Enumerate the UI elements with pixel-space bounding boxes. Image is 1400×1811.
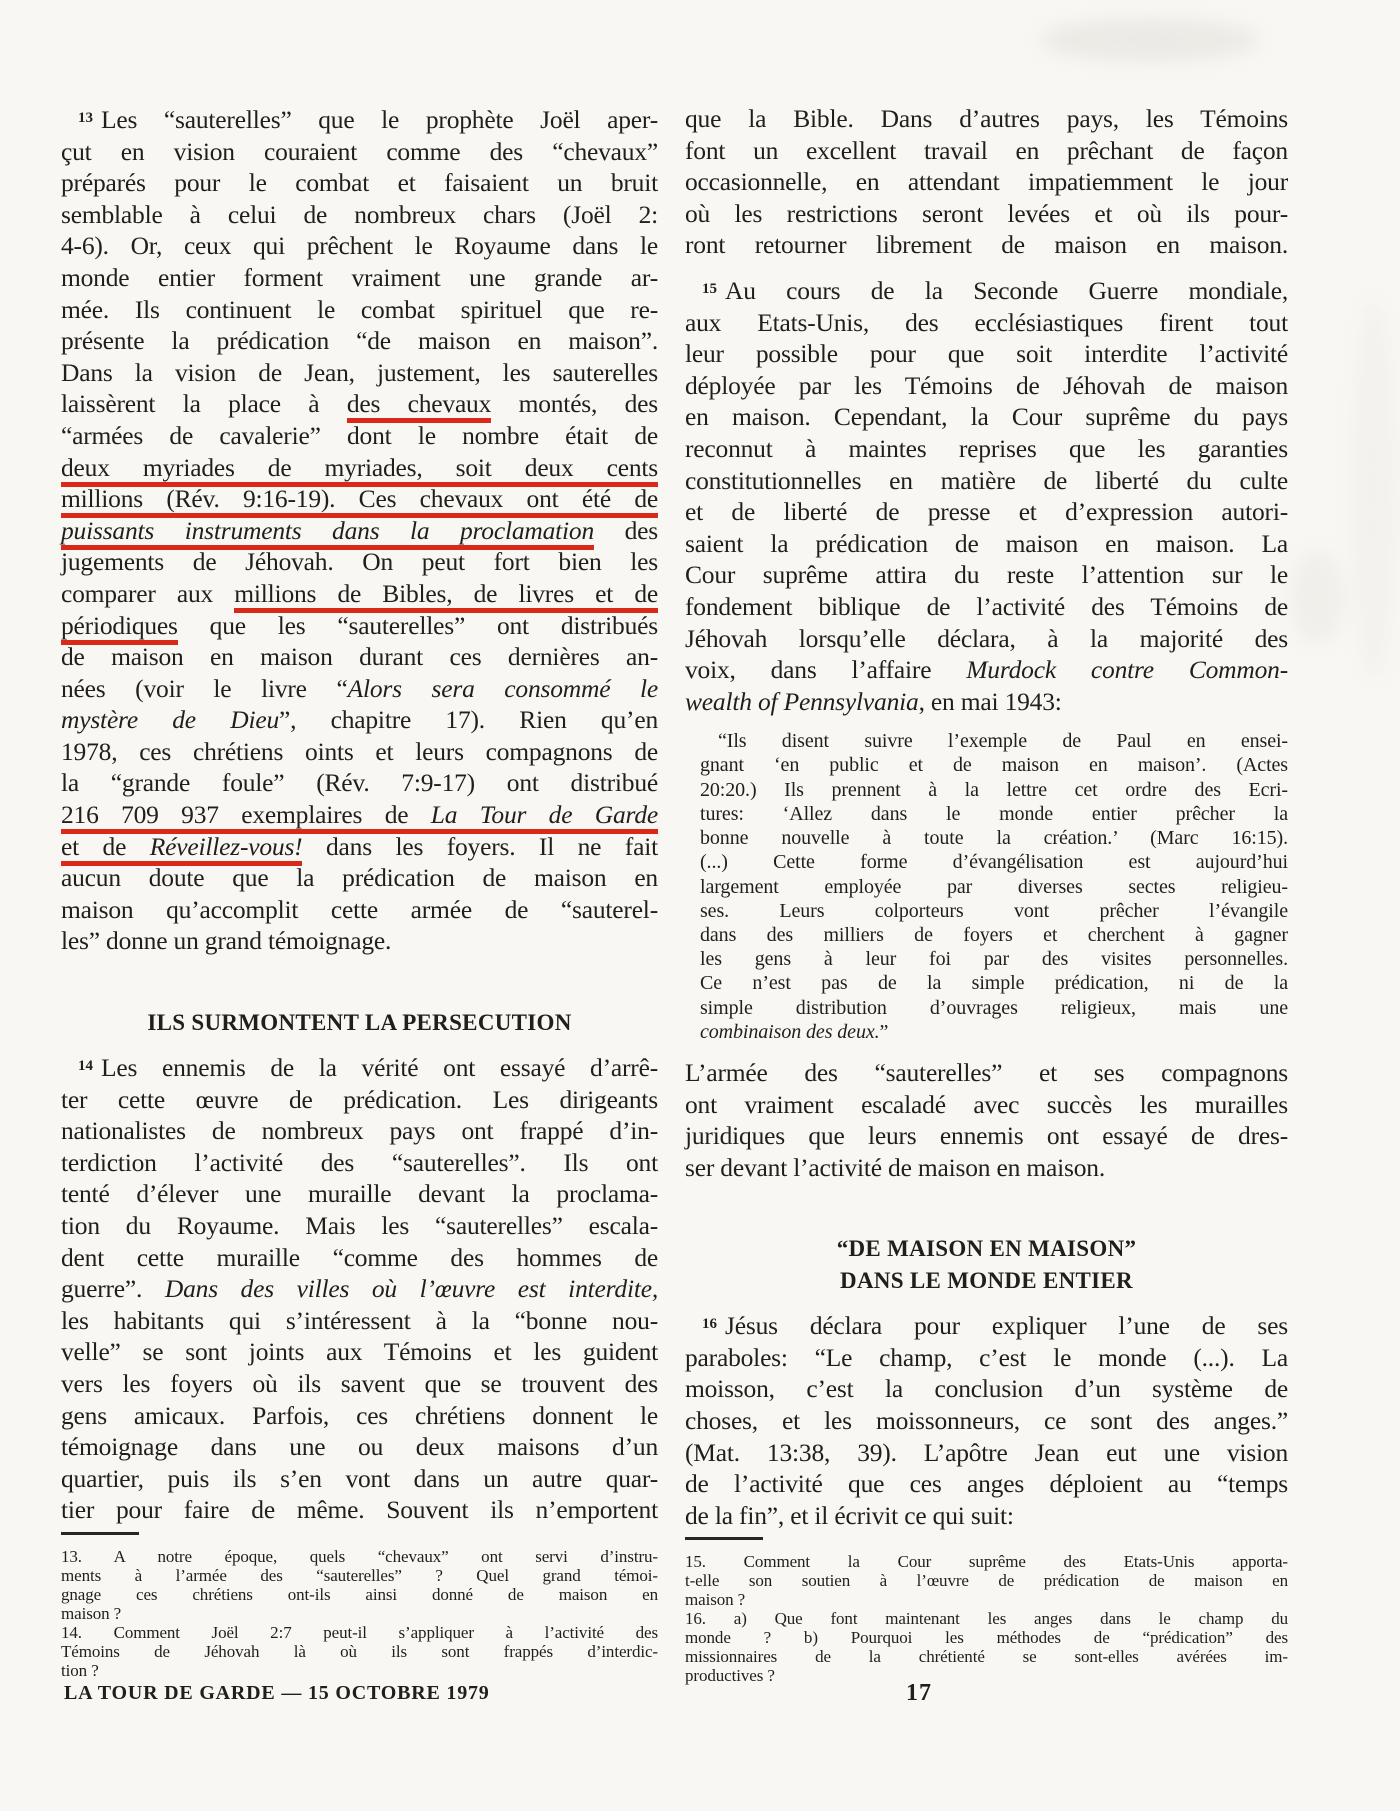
text-segment: constitutionnelles en matière de liberté… (685, 466, 1288, 495)
section-heading: ILS SURMONTENT LA PERSECUTION (61, 1007, 658, 1039)
text-segment: “armées de cavalerie” dont le nombre éta… (61, 421, 658, 450)
text-segment: nationalistes de nombreux pays ont frapp… (61, 1116, 658, 1145)
text-line: gens amicaux. Parfois, ces chrétiens don… (61, 1400, 658, 1432)
text-segment: maison qu’accomplit cette armée de “saut… (61, 895, 658, 924)
text-segment: wealth of Pennsylvania (685, 687, 919, 716)
red-underlined-text: millions de Bibles, de livres et de (234, 579, 658, 613)
text-line: gnage ces chrétiens ont-ils ainsi donné … (61, 1585, 658, 1604)
text-line: les” donne un grand témoignage. (61, 925, 658, 957)
text-line: 216 709 937 exemplaires de La Tour de Ga… (61, 799, 658, 831)
text-segment: dent cette muraille “comme des hommes de (61, 1243, 658, 1272)
text-line: tier pour faire de même. Souvent ils n’e… (61, 1494, 658, 1526)
text-line: (...) Cette forme d’évangélisation est a… (700, 850, 1288, 874)
section-heading: “DE MAISON EN MAISON”DANS LE MONDE ENTIE… (685, 1233, 1288, 1297)
paragraph: 14Les ennemis de la vérité ont essayé d’… (61, 1051, 658, 1526)
text-line: choses, et les moissonneurs, ce sont des… (685, 1405, 1288, 1437)
text-line: ont vraiment escaladé avec succès les mu… (685, 1089, 1288, 1121)
text-line: semblable à celui de nombreux chars (Joë… (61, 199, 658, 231)
text-segment: semblable à celui de nombreux chars (Joë… (61, 200, 658, 229)
text-segment: témoignage dans une ou deux maisons d’un (61, 1432, 658, 1461)
text-line: préparés pour le combat et faisaient un … (61, 167, 658, 199)
text-segment: 14. Comment Joël 2:7 peut-il s’appliquer… (61, 1623, 658, 1642)
text-line: aucun doute que la prédication de maison… (61, 862, 658, 894)
text-line: maison qu’accomplit cette armée de “saut… (61, 894, 658, 926)
red-underlined-text: périodiques (61, 611, 178, 645)
text-segment: tures: ‘Allez dans le monde entier prêch… (700, 803, 1288, 825)
heading-line: “DE MAISON EN MAISON” (685, 1233, 1288, 1265)
text-segment: (...) Cette forme d’évangélisation est a… (700, 851, 1288, 873)
text-line: t-elle son soutien à l’œuvre de prédicat… (685, 1571, 1288, 1590)
footnote-divider (685, 1537, 763, 1540)
text-line: ter cette œuvre de prédication. Les diri… (61, 1084, 658, 1116)
red-underlined-text: La Tour de Garde (431, 800, 658, 834)
text-segment: Ce n’est pas de la simple prédication, n… (700, 972, 1288, 994)
paragraph-number: 15 (702, 281, 717, 297)
text-segment: fondement biblique de l’activité des Tém… (685, 592, 1288, 621)
paragraph: que la Bible. Dans d’autres pays, les Té… (685, 103, 1288, 261)
text-segment: terdiction l’activité des “sauterelles”.… (61, 1148, 658, 1177)
text-line: dans des milliers de foyers et cherchent… (700, 923, 1288, 947)
text-line: déployée par les Témoins de Jéhovah de m… (685, 370, 1288, 402)
text-segment: où les restrictions seront levées et où … (685, 199, 1288, 228)
text-line: missionnaires de la chrétienté se sont-e… (685, 1647, 1288, 1666)
page-footer-title: LA TOUR DE GARDE — 15 OCTOBRE 1979 (64, 1682, 490, 1705)
text-segment: missionnaires de la chrétienté se sont-e… (685, 1647, 1288, 1666)
paragraph: 16Jésus déclara pour expliquer l’une de … (685, 1309, 1288, 1531)
text-segment: gnant ‘en public et de maison en maison’… (700, 754, 1288, 776)
text-segment: tier pour faire de même. Souvent ils n’e… (61, 1495, 658, 1524)
text-line: nationalistes de nombreux pays ont frapp… (61, 1115, 658, 1147)
text-line: 20:20.) Ils prennent à la lettre cet ord… (700, 778, 1288, 802)
text-segment: tion ? (61, 1661, 99, 1680)
text-segment: montés, des (491, 389, 658, 418)
text-line: les gens à leur foi par des visites pers… (700, 947, 1288, 971)
text-line: L’armée des “sauterelles” et ses compagn… (685, 1057, 1288, 1089)
text-segment: 20:20.) Ils prennent à la lettre cet ord… (700, 779, 1288, 801)
text-segment: occasionnelle, en attendant impatiemment… (685, 167, 1288, 196)
scan-smudge (1040, 18, 1260, 62)
footnote: 13. A notre époque, quels “chevaux” ont … (61, 1547, 658, 1623)
paragraph: 13Les “sauterelles” que le prophète Joël… (61, 103, 658, 957)
text-line: nées (voir le livre “Alors sera consommé… (61, 673, 658, 705)
text-segment: préparés pour le combat et faisaient un … (61, 168, 658, 197)
text-segment: 16. a) Que font maintenant les anges dan… (685, 1609, 1288, 1628)
red-underlined-text: des chevaux (347, 389, 491, 423)
text-segment: tion du Royaume. Mais les “sauterelles” … (61, 1211, 658, 1240)
text-segment: que la Bible. Dans d’autres pays, les Té… (685, 104, 1288, 133)
text-line: tion ? (61, 1661, 658, 1680)
text-segment: reconnut à maintes reprises que les gara… (685, 434, 1288, 463)
text-line: simple distribution d’ouvrages religieux… (700, 996, 1288, 1020)
text-segment: Dans des villes où l’œuvre est interdite… (165, 1274, 658, 1303)
text-segment: “Ils disent suivre l’exemple de Paul en … (718, 730, 1288, 752)
text-line: guerre”. Dans des villes où l’œuvre est … (61, 1273, 658, 1305)
text-line: paraboles: “Le champ, c’est le monde (..… (685, 1342, 1288, 1374)
text-line: Dans la vision de Jean, justement, les s… (61, 357, 658, 389)
text-segment: çut en vision couraient comme des “cheva… (61, 137, 658, 166)
text-segment: font un excellent travail en prêchant de… (685, 136, 1288, 165)
paragraph-number: 14 (78, 1058, 93, 1074)
text-line: ser devant l’activité de maison en maiso… (685, 1152, 1288, 1184)
text-line: monde entier forment vraiment une grande… (61, 262, 658, 294)
text-line: Jéhovah lorsqu’elle déclara, à la majori… (685, 623, 1288, 655)
text-line: de l’activité que ces anges déploient au… (685, 1468, 1288, 1500)
text-segment: leur possible pour que soit interdite l’… (685, 339, 1288, 368)
magazine-page: 13Les “sauterelles” que le prophète Joël… (0, 0, 1400, 1811)
paragraph: L’armée des “sauterelles” et ses compagn… (685, 1057, 1288, 1183)
text-segment: velle” se sont joints aux Témoins et les… (61, 1337, 658, 1366)
text-segment: combinaison des deux. (700, 1021, 880, 1043)
text-segment: largement employée par diverses sectes r… (700, 876, 1288, 898)
text-line: de maison en maison durant ces dernières… (61, 641, 658, 673)
text-line: 15. Comment la Cour suprême des Etats-Un… (685, 1552, 1288, 1571)
quotation-block: “Ils disent suivre l’exemple de Paul en … (685, 729, 1288, 1044)
text-segment: dans les foyers. Il ne fait (302, 832, 658, 861)
text-segment: nées (voir le livre “ (61, 674, 348, 703)
text-line: comparer aux millions de Bibles, de livr… (61, 578, 658, 610)
text-line: tenté d’élever une muraille devant la pr… (61, 1178, 658, 1210)
text-segment: gens amicaux. Parfois, ces chrétiens don… (61, 1401, 658, 1430)
text-line: quartier, puis ils s’en vont dans un aut… (61, 1463, 658, 1495)
text-line: vers les foyers où ils savent que se tro… (61, 1368, 658, 1400)
text-segment: maison ? (61, 1604, 121, 1623)
scan-smudge (1352, 300, 1396, 680)
text-line: saient la prédication de maison en maiso… (685, 528, 1288, 560)
text-line: font un excellent travail en prêchant de… (685, 135, 1288, 167)
text-segment: Cour suprême attira du reste l’attention… (685, 560, 1288, 589)
text-line: terdiction l’activité des “sauterelles”.… (61, 1147, 658, 1179)
text-line: mée. Ils continuent le combat spirituel … (61, 294, 658, 326)
footnote: 15. Comment la Cour suprême des Etats-Un… (685, 1552, 1288, 1609)
red-underlined-text: deux myriades de myriades, soit deux cen… (61, 453, 658, 487)
text-segment: les” donne un grand témoignage. (61, 926, 391, 955)
text-line: témoignage dans une ou deux maisons d’un (61, 1431, 658, 1463)
text-line: wealth of Pennsylvania, en mai 1943: (685, 686, 1288, 718)
text-line: juridiques que leurs ennemis ont essayé … (685, 1120, 1288, 1152)
text-segment: ront retourner librement de maison en ma… (685, 230, 1288, 259)
text-line: et de liberté de presse et d’expression … (685, 496, 1288, 528)
text-segment: Témoins de Jéhovah là où ils sont frappé… (61, 1642, 658, 1661)
text-segment: comparer aux (61, 579, 234, 608)
text-line: tures: ‘Allez dans le monde entier prêch… (700, 802, 1288, 826)
text-segment: 13. A notre époque, quels “chevaux” ont … (61, 1547, 658, 1566)
text-segment: déployée par les Témoins de Jéhovah de m… (685, 371, 1288, 400)
text-line: gnant ‘en public et de maison en maison’… (700, 753, 1288, 777)
column-left: 13Les “sauterelles” que le prophète Joël… (61, 103, 658, 1680)
text-segment: ter cette œuvre de prédication. Les diri… (61, 1085, 658, 1114)
text-line: tion du Royaume. Mais les “sauterelles” … (61, 1210, 658, 1242)
text-segment: (Mat. 13:38, 39). L’apôtre Jean eut une … (685, 1438, 1288, 1467)
text-line: “armées de cavalerie” dont le nombre éta… (61, 420, 658, 452)
text-segment: moisson, c’est la conclusion d’un systèm… (685, 1374, 1288, 1403)
text-line: maison ? (685, 1590, 1288, 1609)
column-right: que la Bible. Dans d’autres pays, les Té… (685, 103, 1288, 1685)
text-line: millions (Rév. 9:16-19). Ces chevaux ont… (61, 483, 658, 515)
text-segment: Jéhovah lorsqu’elle déclara, à la majori… (685, 624, 1288, 653)
text-line: 13. A notre époque, quels “chevaux” ont … (61, 1547, 658, 1566)
text-line: monde ? b) Pourquoi les méthodes de “pré… (685, 1628, 1288, 1647)
text-line: occasionnelle, en attendant impatiemment… (685, 166, 1288, 198)
text-segment: les habitants qui s’intéressent à la “bo… (61, 1306, 658, 1335)
text-segment: de la fin”, et il écrivit ce qui suit: (685, 1501, 1014, 1530)
text-line: aux Etats-Unis, des ecclésiastiques fire… (685, 307, 1288, 339)
text-line: laissèrent la place à des chevaux montés… (61, 388, 658, 420)
text-segment: simple distribution d’ouvrages religieux… (700, 997, 1288, 1019)
text-segment: les gens à leur foi par des visites pers… (700, 948, 1288, 970)
text-line: deux myriades de myriades, soit deux cen… (61, 452, 658, 484)
text-segment: la “grande foule” (Rév. 7:9-17) ont dist… (61, 768, 658, 797)
text-line: 13Les “sauterelles” que le prophète Joël… (61, 103, 658, 136)
text-line: en maison. Cependant, la Cour suprême du… (685, 401, 1288, 433)
red-underlined-text: Réveillez-vous! (150, 832, 303, 866)
text-line: 14Les ennemis de la vérité ont essayé d’… (61, 1051, 658, 1084)
text-segment: vers les foyers où ils savent que se tro… (61, 1369, 658, 1398)
text-segment: t-elle son soutien à l’œuvre de prédicat… (685, 1571, 1288, 1590)
text-line: Ce n’est pas de la simple prédication, n… (700, 971, 1288, 995)
text-segment: Les “sauterelles” que le prophète Joël a… (101, 105, 658, 134)
text-segment: quartier, puis ils s’en vont dans un aut… (61, 1464, 658, 1493)
heading-line: ILS SURMONTENT LA PERSECUTION (61, 1007, 658, 1039)
text-line: fondement biblique de l’activité des Tém… (685, 591, 1288, 623)
red-underlined-text: puissants instruments dans la proclamati… (61, 516, 594, 550)
text-segment: Dans la vision de Jean, justement, les s… (61, 358, 658, 387)
red-underlined-text: et de (61, 832, 150, 866)
text-segment: saient la prédication de maison en maiso… (685, 529, 1288, 558)
text-line: les habitants qui s’intéressent à la “bo… (61, 1305, 658, 1337)
text-line: 16Jésus déclara pour expliquer l’une de … (685, 1309, 1288, 1342)
text-line: productives ? (685, 1666, 1288, 1685)
text-segment: monde ? b) Pourquoi les méthodes de “pré… (685, 1628, 1288, 1647)
text-segment: ser devant l’activité de maison en maiso… (685, 1153, 1105, 1182)
red-underlined-text: 216 709 937 exemplaires de (61, 800, 431, 834)
text-segment: ”, chapitre 17). Rien qu’en (279, 705, 658, 734)
text-line: de la fin”, et il écrivit ce qui suit: (685, 1500, 1288, 1532)
text-line: 4-6). Or, ceux qui prêchent le Royaume d… (61, 230, 658, 262)
text-segment: aux Etats-Unis, des ecclésiastiques fire… (685, 308, 1288, 337)
text-segment: , en mai 1943: (919, 687, 1062, 716)
text-segment: mée. Ils continuent le combat spirituel … (61, 295, 658, 324)
footnote-divider (61, 1532, 139, 1535)
text-line: (Mat. 13:38, 39). L’apôtre Jean eut une … (685, 1437, 1288, 1469)
text-line: “Ils disent suivre l’exemple de Paul en … (700, 729, 1288, 753)
text-line: et de Réveillez-vous! dans les foyers. I… (61, 831, 658, 863)
text-line: la “grande foule” (Rév. 7:9-17) ont dist… (61, 767, 658, 799)
text-segment: et de liberté de presse et d’expression … (685, 497, 1288, 526)
text-segment: Murdock contre Common- (966, 655, 1288, 684)
text-line: velle” se sont joints aux Témoins et les… (61, 1336, 658, 1368)
text-line: ses. Leurs colporteurs vont prêcher l’év… (700, 899, 1288, 923)
text-segment: L’armée des “sauterelles” et ses compagn… (685, 1058, 1288, 1087)
text-line: reconnut à maintes reprises que les gara… (685, 433, 1288, 465)
text-segment: Les ennemis de la vérité ont essayé d’ar… (101, 1053, 658, 1082)
text-line: moisson, c’est la conclusion d’un systèm… (685, 1373, 1288, 1405)
text-line: puissants instruments dans la proclamati… (61, 515, 658, 547)
text-line: périodiques que les “sauterelles” ont di… (61, 610, 658, 642)
red-underlined-text: millions (Rév. 9:16-19). Ces chevaux ont… (61, 484, 658, 518)
text-segment: 4-6). Or, ceux qui prêchent le Royaume d… (61, 231, 658, 260)
text-segment: dans des milliers de foyers et cherchent… (700, 924, 1288, 946)
text-segment: Alors sera consommé le (348, 674, 658, 703)
text-line: ront retourner librement de maison en ma… (685, 229, 1288, 261)
paragraph-number: 13 (78, 110, 93, 126)
heading-line: DANS LE MONDE ENTIER (685, 1265, 1288, 1297)
text-segment: des (594, 516, 658, 545)
text-segment: de maison en maison durant ces dernières… (61, 642, 658, 671)
text-line: jugements de Jéhovah. On peut fort bien … (61, 546, 658, 578)
scan-smudge (1290, 550, 1345, 645)
text-segment: ont vraiment escaladé avec succès les mu… (685, 1090, 1288, 1119)
text-line: 15Au cours de la Seconde Guerre mondiale… (685, 274, 1288, 307)
footnote: 16. a) Que font maintenant les anges dan… (685, 1609, 1288, 1685)
paragraph-number: 16 (702, 1316, 717, 1332)
text-segment: monde entier forment vraiment une grande… (61, 263, 658, 292)
text-segment: de l’activité que ces anges déploient au… (685, 1469, 1288, 1498)
text-line: combinaison des deux.” (700, 1020, 1288, 1044)
text-segment: guerre”. (61, 1274, 165, 1303)
text-segment: bonne nouvelle à toute la création.’ (Ma… (700, 827, 1288, 849)
text-segment: gnage ces chrétiens ont-ils ainsi donné … (61, 1585, 658, 1604)
text-segment: que les “sauterelles” ont distribués (178, 611, 658, 640)
text-segment: 15. Comment la Cour suprême des Etats-Un… (685, 1552, 1288, 1571)
text-segment: Au cours de la Seconde Guerre mondiale, (725, 276, 1288, 305)
text-segment: juridiques que leurs ennemis ont essayé … (685, 1121, 1288, 1150)
text-line: mystère de Dieu”, chapitre 17). Rien qu’… (61, 704, 658, 736)
text-segment: ” (880, 1021, 889, 1043)
text-line: voix, dans l’affaire Murdock contre Comm… (685, 654, 1288, 686)
text-line: présente la prédication “de maison en ma… (61, 325, 658, 357)
text-segment: jugements de Jéhovah. On peut fort bien … (61, 547, 658, 576)
text-line: Témoins de Jéhovah là où ils sont frappé… (61, 1642, 658, 1661)
text-segment: présente la prédication “de maison en ma… (61, 326, 658, 355)
text-segment: en maison. Cependant, la Cour suprême du… (685, 402, 1288, 431)
paragraph: 15Au cours de la Seconde Guerre mondiale… (685, 274, 1288, 717)
text-segment: 1978, ces chrétiens oints et leurs compa… (61, 737, 658, 766)
page-number: 17 (906, 1680, 932, 1707)
text-line: largement employée par diverses sectes r… (700, 875, 1288, 899)
text-line: bonne nouvelle à toute la création.’ (Ma… (700, 826, 1288, 850)
text-line: ments à l’armée des “sauterelles” ? Quel… (61, 1566, 658, 1585)
text-segment: productives ? (685, 1666, 775, 1685)
text-segment: maison ? (685, 1590, 745, 1609)
text-line: Cour suprême attira du reste l’attention… (685, 559, 1288, 591)
text-line: où les restrictions seront levées et où … (685, 198, 1288, 230)
text-segment: ses. Leurs colporteurs vont prêcher l’év… (700, 900, 1288, 922)
text-line: leur possible pour que soit interdite l’… (685, 338, 1288, 370)
text-segment: paraboles: “Le champ, c’est le monde (..… (685, 1343, 1288, 1372)
text-line: maison ? (61, 1604, 658, 1623)
text-line: que la Bible. Dans d’autres pays, les Té… (685, 103, 1288, 135)
text-line: 1978, ces chrétiens oints et leurs compa… (61, 736, 658, 768)
text-segment: laissèrent la place à (61, 389, 347, 418)
text-line: 14. Comment Joël 2:7 peut-il s’appliquer… (61, 1623, 658, 1642)
text-segment: ments à l’armée des “sauterelles” ? Quel… (61, 1566, 658, 1585)
text-segment: Jésus déclara pour expliquer l’une de se… (725, 1311, 1288, 1340)
text-line: constitutionnelles en matière de liberté… (685, 465, 1288, 497)
text-segment: aucun doute que la prédication de maison… (61, 863, 658, 892)
text-segment: voix, dans l’affaire (685, 655, 966, 684)
text-line: dent cette muraille “comme des hommes de (61, 1242, 658, 1274)
text-segment: mystère de Dieu (61, 705, 279, 734)
text-segment: tenté d’élever une muraille devant la pr… (61, 1179, 658, 1208)
footnote: 14. Comment Joël 2:7 peut-il s’appliquer… (61, 1623, 658, 1680)
text-line: çut en vision couraient comme des “cheva… (61, 136, 658, 168)
text-line: 16. a) Que font maintenant les anges dan… (685, 1609, 1288, 1628)
text-segment: choses, et les moissonneurs, ce sont des… (685, 1406, 1288, 1435)
